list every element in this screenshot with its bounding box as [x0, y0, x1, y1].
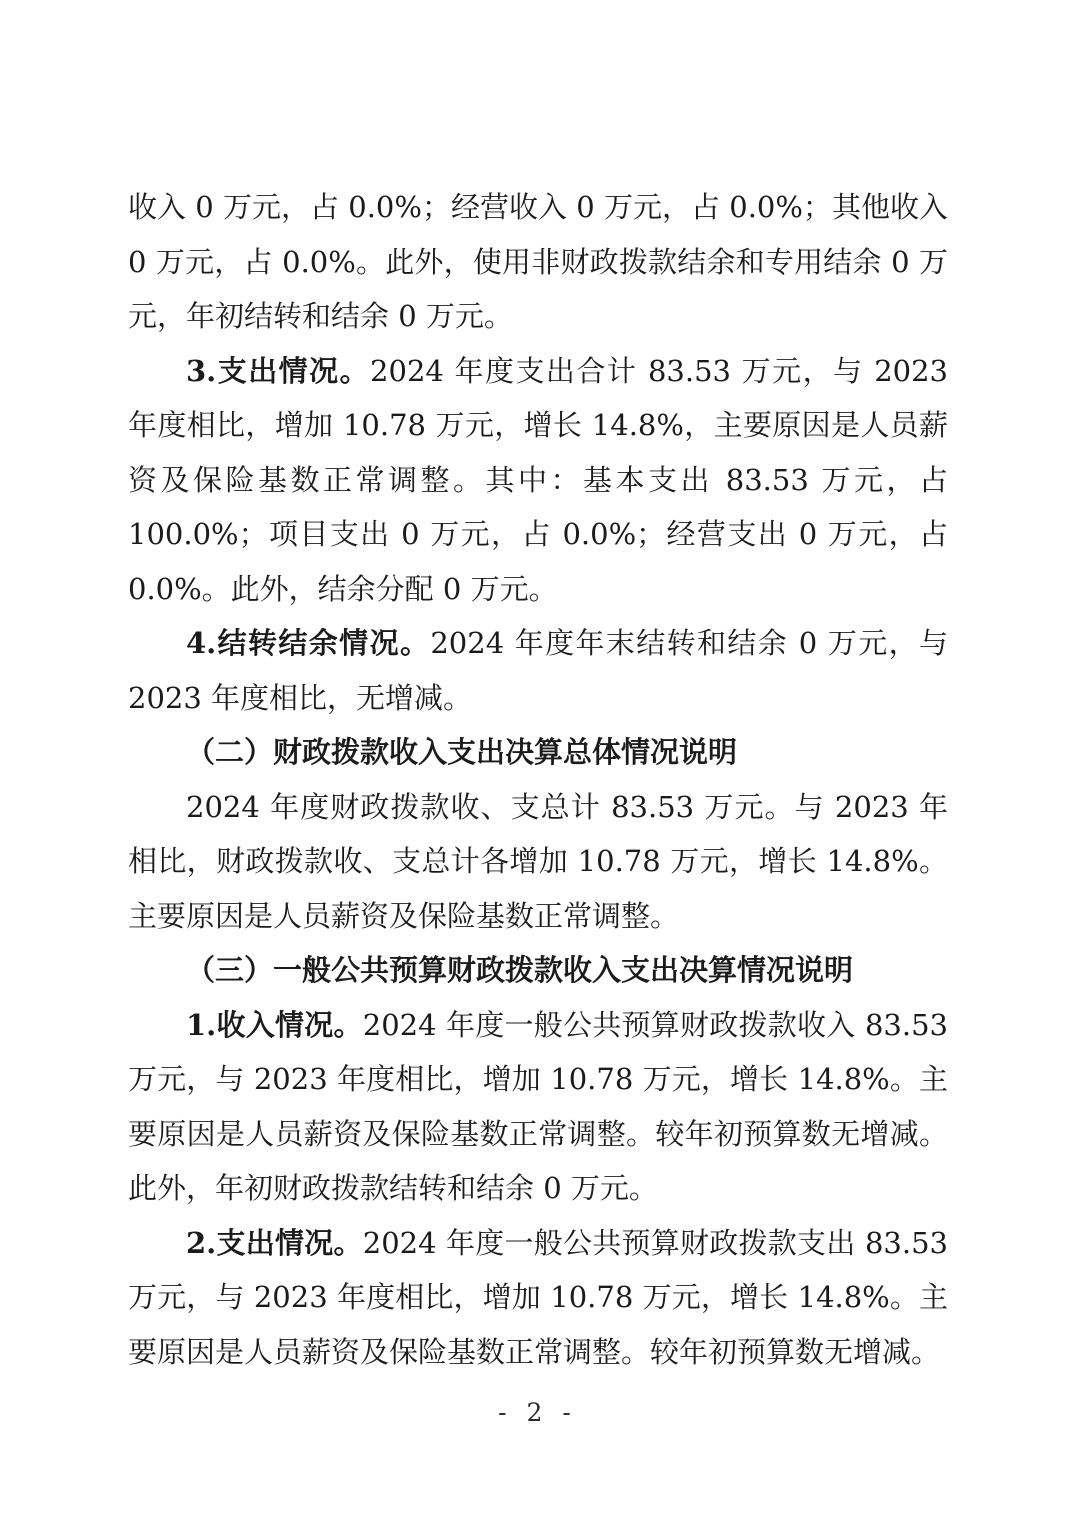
document-page: 收入 0 万元，占 0.0%；经营收入 0 万元，占 0.0%；其他收入 0 万… [0, 0, 1075, 1520]
paragraph-fiscal-total: 2024 年度财政拨款收、支总计 83.53 万元。与 2023 年相比，财政拨… [128, 780, 948, 944]
paragraph-carryover: 4.结转结余情况。2024 年度年末结转和结余 0 万元，与 2023 年度相比… [128, 616, 948, 725]
section-heading-three: （三）一般公共预算财政拨款收入支出决算情况说明 [128, 943, 948, 998]
paragraph-text: 2024 年度支出合计 83.53 万元，与 2023 年度相比，增加 10.7… [128, 354, 948, 606]
heading-text: （二）财政拨款收入支出决算总体情况说明 [186, 735, 737, 769]
paragraph-text: 2024 年度财政拨款收、支总计 83.53 万元。与 2023 年相比，财政拨… [128, 790, 948, 933]
page-number: - 2 - [0, 1398, 1075, 1427]
paragraph-budget-expenditure: 2.支出情况。2024 年度一般公共预算财政拨款支出 83.53 万元，与 20… [128, 1216, 948, 1380]
paragraph-lead: 1.收入情况。 [186, 1008, 363, 1042]
paragraph-expenditure: 3.支出情况。2024 年度支出合计 83.53 万元，与 2023 年度相比，… [128, 344, 948, 617]
paragraph-lead: 4.结转结余情况。 [186, 626, 430, 660]
paragraph-income: 1.收入情况。2024 年度一般公共预算财政拨款收入 83.53 万元，与 20… [128, 998, 948, 1216]
paragraph-text: 收入 0 万元，占 0.0%；经营收入 0 万元，占 0.0%；其他收入 0 万… [128, 190, 948, 333]
page-content: 收入 0 万元，占 0.0%；经营收入 0 万元，占 0.0%；其他收入 0 万… [128, 180, 948, 1379]
section-heading-two: （二）财政拨款收入支出决算总体情况说明 [128, 725, 948, 780]
paragraph-lead: 2.支出情况。 [186, 1226, 363, 1260]
paragraph-lead: 3.支出情况。 [186, 354, 370, 388]
heading-text: （三）一般公共预算财政拨款收入支出决算情况说明 [186, 953, 853, 987]
paragraph-continuation: 收入 0 万元，占 0.0%；经营收入 0 万元，占 0.0%；其他收入 0 万… [128, 180, 948, 344]
